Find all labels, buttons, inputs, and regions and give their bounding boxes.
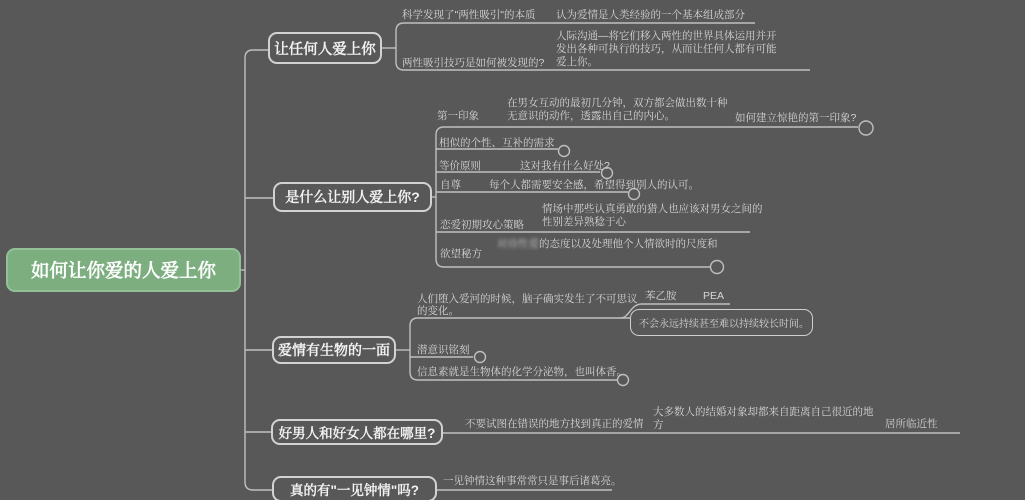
subtopic-pea[interactable]: PEA bbox=[703, 290, 724, 303]
subtopic-early-courtship-strategy[interactable]: 恋爱初期攻心策略 bbox=[440, 219, 524, 232]
trunk-connector bbox=[245, 50, 272, 490]
subtopic-marriage-partner-nearby[interactable]: 大多数人的结婚对象却都来自距离自己很近的地方 bbox=[653, 406, 879, 431]
topic-make-anyone-fall-in-love[interactable]: 让任何人爱上你 bbox=[268, 32, 382, 64]
collapse-icon[interactable] bbox=[559, 146, 570, 157]
blurred-text: 对待性爱 bbox=[497, 238, 539, 250]
topic-where-are-good-men-and-women[interactable]: 好男人和好女人都在哪里? bbox=[271, 419, 443, 445]
topic-love-at-first-sight[interactable]: 真的有"一见钟情"吗? bbox=[272, 476, 437, 500]
subtopic-science-discovered-attraction[interactable]: 科学发现了"两性吸引"的本质 bbox=[402, 9, 535, 22]
subtopic-first-impression-detail[interactable]: 在男女互动的最初几分钟，双方都会做出数十种无意识的动作，透露出自己的内心。 bbox=[507, 97, 733, 122]
subtopic-how-techniques-discovered[interactable]: 两性吸引技巧是如何被发现的? bbox=[402, 57, 544, 70]
subtopic-brain-changes-in-love[interactable]: 人们堕入爱河的时候，脑子确实发生了不可思议的变化。 bbox=[417, 293, 643, 317]
subtopic-first-impression[interactable]: 第一印象 bbox=[437, 110, 479, 123]
subtopic-desire-recipe[interactable]: 欲望秘方 bbox=[440, 248, 482, 261]
collapse-icon[interactable] bbox=[711, 261, 724, 274]
desire-recipe-detail-text: 的态度以及处理他个人情欲时的尺度和 bbox=[539, 238, 718, 250]
subtopic-build-stunning-first-impression[interactable]: 如何建立惊艳的第一印象? bbox=[735, 112, 856, 125]
subtopic-hindsight[interactable]: 一见钟情这种事常常只是事后诸葛亮。 bbox=[443, 475, 622, 488]
collapse-icon[interactable] bbox=[475, 352, 486, 363]
topic-what-makes-people-fall-in-love[interactable]: 是什么让别人爱上你? bbox=[273, 182, 432, 212]
subtopic-subconscious-imprint[interactable]: 潜意识铭刻 bbox=[417, 344, 470, 357]
topic-label: 让任何人爱上你 bbox=[274, 38, 376, 59]
root-topic[interactable]: 如何让你爱的人爱上你 bbox=[6, 248, 241, 292]
root-topic-label: 如何让你爱的人爱上你 bbox=[31, 257, 216, 283]
collapse-icon[interactable] bbox=[859, 121, 873, 135]
subtopic-equity-principle[interactable]: 等价原则 bbox=[439, 160, 481, 173]
branch2-row1-line bbox=[436, 127, 858, 135]
branch3-row1-line bbox=[410, 318, 631, 326]
topic-label: 是什么让别人爱上你? bbox=[285, 187, 420, 207]
subtopic-phenylethylamine[interactable]: 苯乙胺 bbox=[645, 290, 677, 303]
topic-label: 爱情有生物的一面 bbox=[278, 340, 390, 360]
topic-label: 真的有"一见钟情"吗? bbox=[290, 479, 419, 499]
topic-label: 好男人和好女人都在哪里? bbox=[279, 422, 436, 442]
subtopic-whats-in-it-for-me[interactable]: 这对我有什么好处? bbox=[520, 160, 610, 173]
pea-short-duration-label: 不会永远持续甚至难以持续较长时间。 bbox=[639, 315, 809, 330]
subtopic-similar-personality-complementary-needs[interactable]: 相似的个性、互补的需求 bbox=[439, 137, 555, 150]
subtopic-gender-differences[interactable]: 情场中那些认真勇敢的猎人也应该对男女之间的性别差异熟稔于心 bbox=[542, 203, 768, 229]
subtopic-pheromone-body-scent[interactable]: 信息素就是生物体的化学分泌物，也叫体香。 bbox=[417, 366, 627, 379]
subtopic-pea-short-duration[interactable]: 不会永远持续甚至难以持续较长时间。 bbox=[630, 309, 813, 336]
subtopic-security-and-recognition[interactable]: 每个人都需要安全感，希望得到别人的认可。 bbox=[489, 179, 699, 192]
subtopic-self-esteem[interactable]: 自尊 bbox=[440, 179, 461, 192]
mindmap-canvas: 如何让你爱的人爱上你 让任何人爱上你 是什么让别人爱上你? 爱情有生物的一面 好… bbox=[0, 0, 1025, 500]
subtopic-desire-recipe-detail[interactable]: 对待性爱的态度以及处理他个人情欲时的尺度和 bbox=[497, 238, 718, 251]
topic-biological-side-of-love[interactable]: 爱情有生物的一面 bbox=[272, 336, 396, 364]
subtopic-residential-proximity[interactable]: 居所临近性 bbox=[885, 418, 938, 431]
subtopic-interpersonal-communication[interactable]: 人际沟通—将它们移入两性的世界具体运用并开发出各种可执行的技巧，从而让任何人都有… bbox=[556, 30, 782, 69]
subtopic-love-basic-component[interactable]: 认为爱情是人类经验的一个基本组成部分 bbox=[556, 9, 745, 22]
subtopic-wrong-place-for-love[interactable]: 不要试图在错误的地方找到真正的爱情 bbox=[465, 418, 644, 431]
